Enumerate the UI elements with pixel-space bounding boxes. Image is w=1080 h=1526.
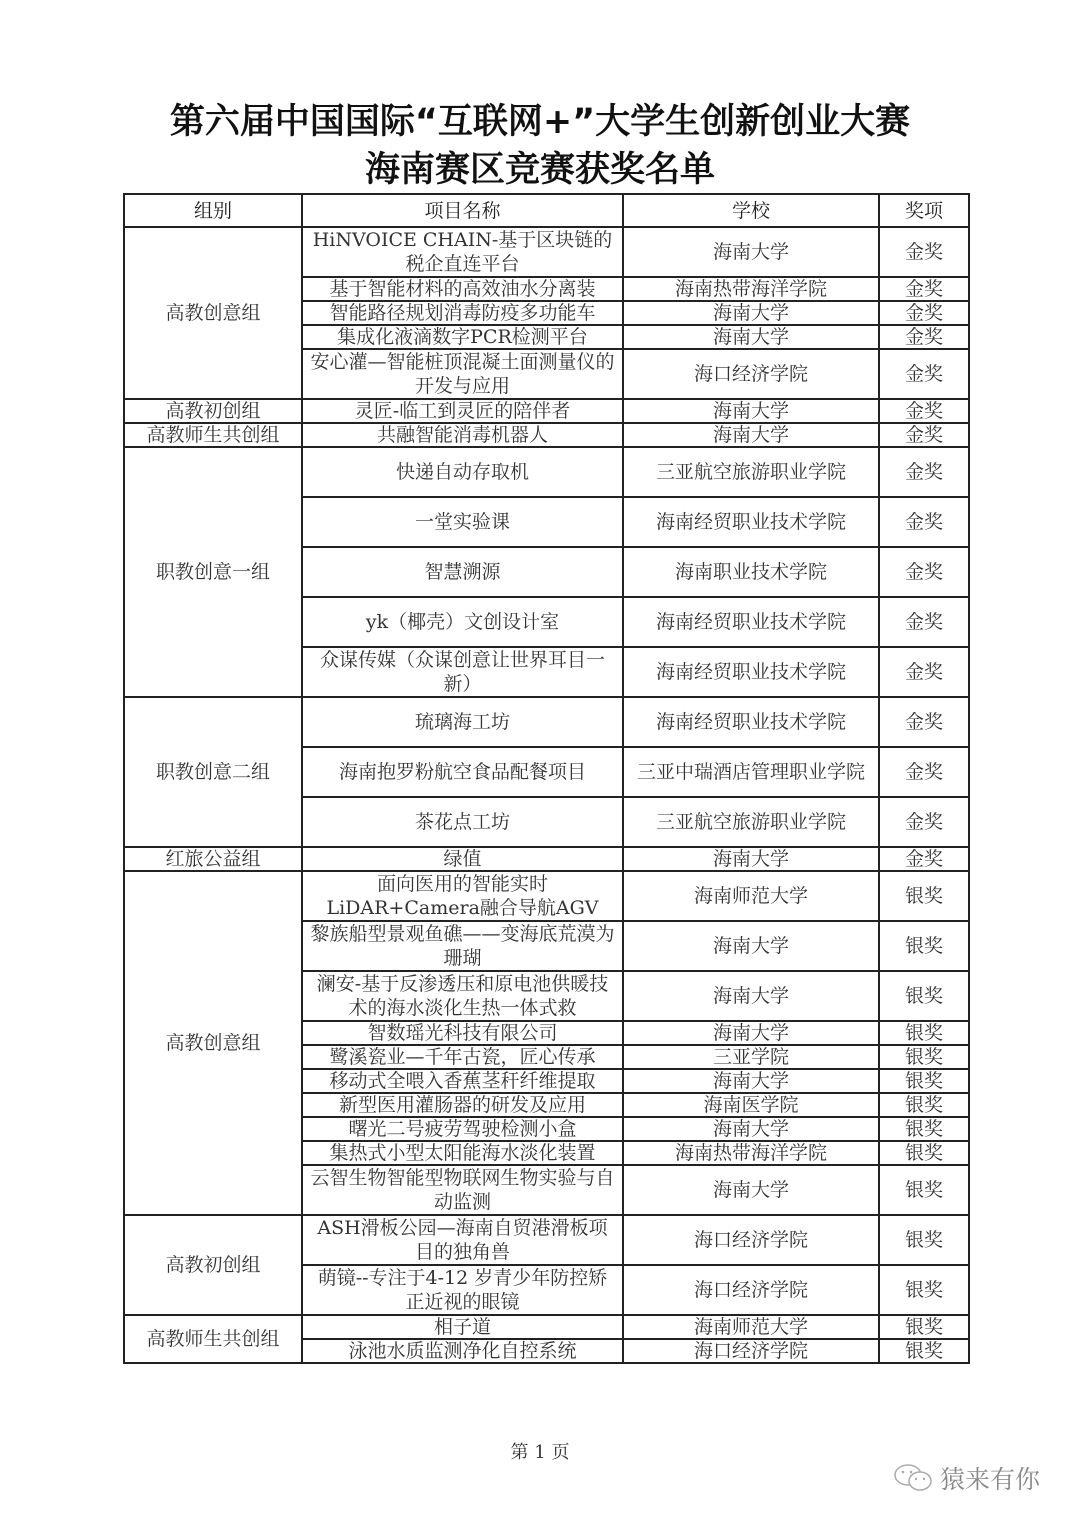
award-cell: 金奖 (879, 349, 969, 399)
award-cell: 金奖 (879, 423, 969, 447)
watermark-text: 猿来有你 (940, 1460, 1040, 1496)
table-row: 红旅公益组 绿值 海南大学 金奖 (124, 847, 969, 871)
award-cell: 金奖 (879, 747, 969, 797)
project-cell: 集成化液滴数字PCR检测平台 (302, 325, 623, 349)
group-cell: 高教师生共创组 (124, 1315, 302, 1363)
award-cell: 银奖 (879, 1069, 969, 1093)
award-cell: 金奖 (879, 847, 969, 871)
project-cell: 云智生物智能型物联网生物实验与自动监测 (302, 1165, 623, 1215)
project-cell: 黎族船型景观鱼礁——变海底荒漠为珊瑚 (302, 921, 623, 971)
awards-table: 组别 项目名称 学校 奖项 高教创意组 HiNVOICE CHAIN-基于区块链… (123, 193, 970, 1364)
award-cell: 银奖 (879, 971, 969, 1021)
table-header-row: 组别 项目名称 学校 奖项 (124, 194, 969, 227)
school-cell: 海南热带海洋学院 (623, 1141, 879, 1165)
school-cell: 海南大学 (623, 325, 879, 349)
header-group: 组别 (124, 194, 302, 227)
project-cell: 新型医用灌肠器的研发及应用 (302, 1093, 623, 1117)
award-cell: 银奖 (879, 1265, 969, 1315)
group-cell: 高教创意组 (124, 871, 302, 1215)
school-cell: 海南经贸职业技术学院 (623, 697, 879, 747)
group-cell: 红旅公益组 (124, 847, 302, 871)
project-cell: 智数瑶光科技有限公司 (302, 1021, 623, 1045)
school-cell: 海南职业技术学院 (623, 547, 879, 597)
award-cell: 金奖 (879, 447, 969, 497)
project-cell: 快递自动存取机 (302, 447, 623, 497)
wechat-icon (892, 1462, 936, 1494)
award-cell: 银奖 (879, 1141, 969, 1165)
document-title-line1: 第六届中国国际“互联网+”大学生创新创业大赛 (0, 94, 1080, 144)
award-cell: 金奖 (879, 797, 969, 847)
table-row: 高教创意组 HiNVOICE CHAIN-基于区块链的税企直连平台 海南大学 金… (124, 227, 969, 277)
award-cell: 金奖 (879, 597, 969, 647)
project-cell: 集热式小型太阳能海水淡化装置 (302, 1141, 623, 1165)
school-cell: 三亚航空旅游职业学院 (623, 797, 879, 847)
school-cell: 海南大学 (623, 1117, 879, 1141)
award-cell: 银奖 (879, 1021, 969, 1045)
project-cell: ASH滑板公园—海南自贸港滑板项目的独角兽 (302, 1215, 623, 1265)
table-row: 高教师生共创组 共融智能消毒机器人 海南大学 金奖 (124, 423, 969, 447)
project-cell: yk（椰壳）文创设计室 (302, 597, 623, 647)
header-award: 奖项 (879, 194, 969, 227)
project-cell: 智能路径规划消毒防疫多功能车 (302, 301, 623, 325)
group-cell: 高教创意组 (124, 227, 302, 399)
project-cell: 相子道 (302, 1315, 623, 1339)
group-cell: 高教初创组 (124, 1215, 302, 1315)
school-cell: 三亚中瑞酒店管理职业学院 (623, 747, 879, 797)
project-cell: 安心灌—智能桩顶混凝土面测量仪的开发与应用 (302, 349, 623, 399)
award-cell: 金奖 (879, 301, 969, 325)
table-row: 职教创意一组 快递自动存取机 三亚航空旅游职业学院 金奖 (124, 447, 969, 497)
project-cell: 移动式全喂入香蕉茎秆纤维提取 (302, 1069, 623, 1093)
project-cell: 海南抱罗粉航空食品配餐项目 (302, 747, 623, 797)
school-cell: 海南师范大学 (623, 1315, 879, 1339)
school-cell: 三亚航空旅游职业学院 (623, 447, 879, 497)
watermark: 猿来有你 (892, 1460, 1040, 1496)
school-cell: 三亚学院 (623, 1045, 879, 1069)
project-cell: 基于智能材料的高效油水分离装 (302, 277, 623, 301)
award-cell: 银奖 (879, 921, 969, 971)
project-cell: 鹭溪瓷业—千年古瓷，匠心传承 (302, 1045, 623, 1069)
project-cell: 曙光二号疲劳驾驶检测小盒 (302, 1117, 623, 1141)
school-cell: 海南大学 (623, 227, 879, 277)
award-cell: 银奖 (879, 1045, 969, 1069)
award-cell: 金奖 (879, 647, 969, 697)
table-row: 高教初创组 灵匠-临工到灵匠的陪伴者 海南大学 金奖 (124, 399, 969, 423)
school-cell: 海南大学 (623, 1069, 879, 1093)
table-row: 高教创意组 面向医用的智能实时LiDAR+Camera融合导航AGV 海南师范大… (124, 871, 969, 921)
document-title-line2: 海南赛区竞赛获奖名单 (0, 142, 1080, 192)
project-cell: 澜安-基于反渗透压和原电池供暖技术的海水淡化生热一体式救 (302, 971, 623, 1021)
school-cell: 海口经济学院 (623, 1215, 879, 1265)
project-cell: 共融智能消毒机器人 (302, 423, 623, 447)
award-cell: 银奖 (879, 1215, 969, 1265)
project-cell: 众谋传媒（众谋创意让世界耳目一新） (302, 647, 623, 697)
school-cell: 海南大学 (623, 921, 879, 971)
project-cell: 茶花点工坊 (302, 797, 623, 847)
project-cell: 萌镜--专注于4-12 岁青少年防控矫正近视的眼镜 (302, 1265, 623, 1315)
award-cell: 银奖 (879, 871, 969, 921)
award-cell: 金奖 (879, 277, 969, 301)
table-row: 职教创意二组 琉璃海工坊 海南经贸职业技术学院 金奖 (124, 697, 969, 747)
award-cell: 银奖 (879, 1165, 969, 1215)
school-cell: 海口经济学院 (623, 1339, 879, 1363)
group-cell: 高教初创组 (124, 399, 302, 423)
project-cell: 泳池水质监测净化自控系统 (302, 1339, 623, 1363)
school-cell: 海南大学 (623, 971, 879, 1021)
project-cell: 绿值 (302, 847, 623, 871)
award-cell: 金奖 (879, 325, 969, 349)
award-cell: 银奖 (879, 1315, 969, 1339)
project-cell: 面向医用的智能实时LiDAR+Camera融合导航AGV (302, 871, 623, 921)
header-school: 学校 (623, 194, 879, 227)
school-cell: 海南经贸职业技术学院 (623, 597, 879, 647)
school-cell: 海南热带海洋学院 (623, 277, 879, 301)
table-row: 高教初创组 ASH滑板公园—海南自贸港滑板项目的独角兽 海口经济学院 银奖 (124, 1215, 969, 1265)
school-cell: 海南大学 (623, 1165, 879, 1215)
school-cell: 海南师范大学 (623, 871, 879, 921)
award-cell: 金奖 (879, 227, 969, 277)
award-cell: 银奖 (879, 1093, 969, 1117)
project-cell: 灵匠-临工到灵匠的陪伴者 (302, 399, 623, 423)
award-cell: 银奖 (879, 1339, 969, 1363)
header-project: 项目名称 (302, 194, 623, 227)
group-cell: 职教创意二组 (124, 697, 302, 847)
table-row: 高教师生共创组 相子道 海南师范大学 银奖 (124, 1315, 969, 1339)
project-cell: 智慧溯源 (302, 547, 623, 597)
school-cell: 海南经贸职业技术学院 (623, 647, 879, 697)
award-cell: 银奖 (879, 1117, 969, 1141)
school-cell: 海南医学院 (623, 1093, 879, 1117)
project-cell: HiNVOICE CHAIN-基于区块链的税企直连平台 (302, 227, 623, 277)
school-cell: 海口经济学院 (623, 1265, 879, 1315)
school-cell: 海南大学 (623, 1021, 879, 1045)
award-cell: 金奖 (879, 547, 969, 597)
school-cell: 海南大学 (623, 399, 879, 423)
award-cell: 金奖 (879, 399, 969, 423)
project-cell: 琉璃海工坊 (302, 697, 623, 747)
group-cell: 高教师生共创组 (124, 423, 302, 447)
school-cell: 海南大学 (623, 301, 879, 325)
project-cell: 一堂实验课 (302, 497, 623, 547)
school-cell: 海南大学 (623, 847, 879, 871)
group-cell: 职教创意一组 (124, 447, 302, 697)
school-cell: 海南经贸职业技术学院 (623, 497, 879, 547)
award-cell: 金奖 (879, 697, 969, 747)
award-cell: 金奖 (879, 497, 969, 547)
school-cell: 海南大学 (623, 423, 879, 447)
school-cell: 海口经济学院 (623, 349, 879, 399)
